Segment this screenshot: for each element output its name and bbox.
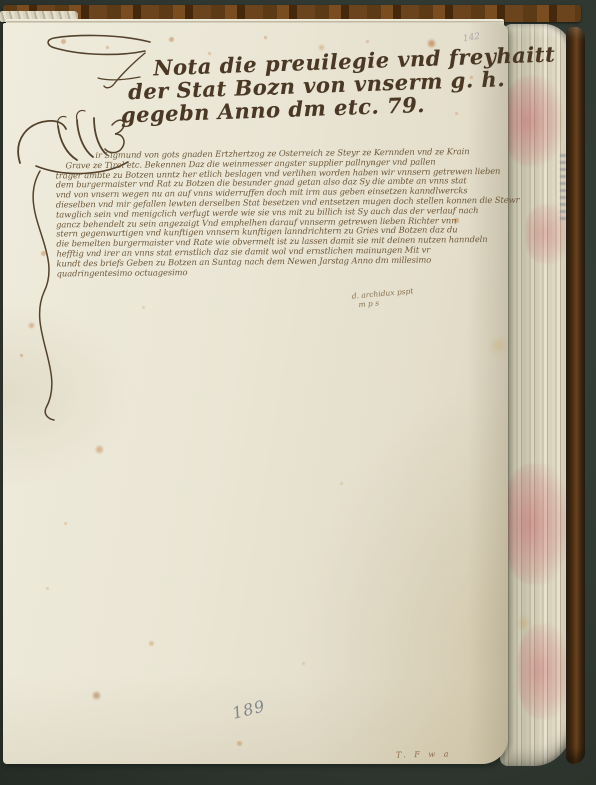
manuscript-photo: Nota die preuilegie vnd freyhaitt der St…: [0, 0, 596, 785]
manuscript-page: [3, 23, 508, 764]
red-edge-stain: [504, 464, 568, 584]
bottom-edge-inscription-fragment: T. F w a: [396, 750, 452, 760]
red-edge-stain: [518, 624, 570, 719]
fore-edge-page-stack: [500, 24, 574, 766]
foxing-stains: [0, 0, 3, 3]
back-cover-leather-edge: [566, 27, 585, 764]
charter-body-text: ir Sigmund von gots gnaden Ertzhertzog z…: [55, 147, 526, 279]
